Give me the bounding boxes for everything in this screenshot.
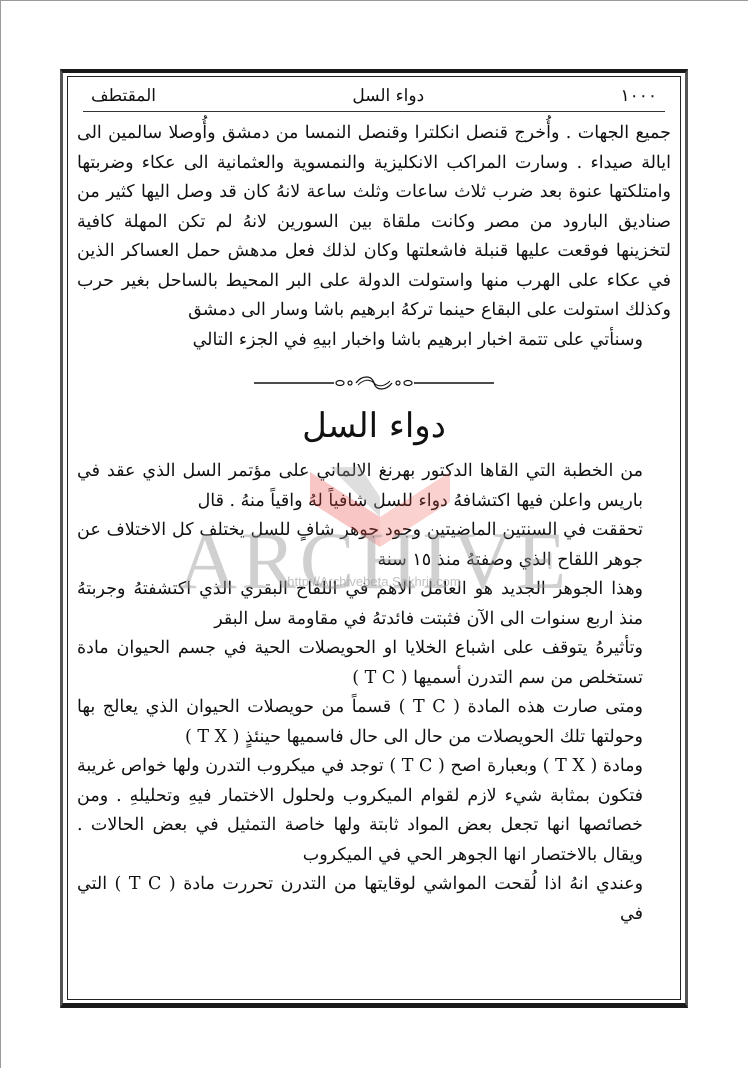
viewer-top-edge — [0, 0, 748, 1]
archive-watermark-url: http://Archivebeta.Sakhrit.com — [0, 574, 748, 589]
archive-watermark: ARCHIVE — [0, 520, 748, 602]
page-number: ١٠٠٠ — [612, 86, 665, 106]
flourish-divider-icon — [254, 373, 494, 393]
ornamental-divider — [254, 373, 494, 393]
previous-article-paragraph: جميع الجهات . وأُخرج قنصل انكلترا وقنصل … — [77, 119, 671, 326]
article-title: دواء السل — [77, 403, 671, 449]
article-paragraph: وتأثيرهُ يتوقف على اشباع الخلايا او الحو… — [77, 634, 671, 693]
article-paragraph: ومادة ( T X ) وبعبارة اصح ( T C ) توجد ف… — [77, 752, 671, 870]
article-paragraph: وعندي انهُ اذا لُقحت المواشي لوقايتها من… — [77, 870, 671, 929]
continuation-note: وسنأتي على تتمة اخبار ابرهيم باشا واخبار… — [77, 326, 671, 356]
running-header: ١٠٠٠ دواء السل المقتطف — [83, 81, 665, 112]
article-paragraph: ومتى صارت هذه المادة ( T C ) قسماً من حو… — [77, 693, 671, 752]
running-section-title: دواء السل — [344, 86, 432, 106]
journal-name: المقتطف — [83, 86, 164, 106]
